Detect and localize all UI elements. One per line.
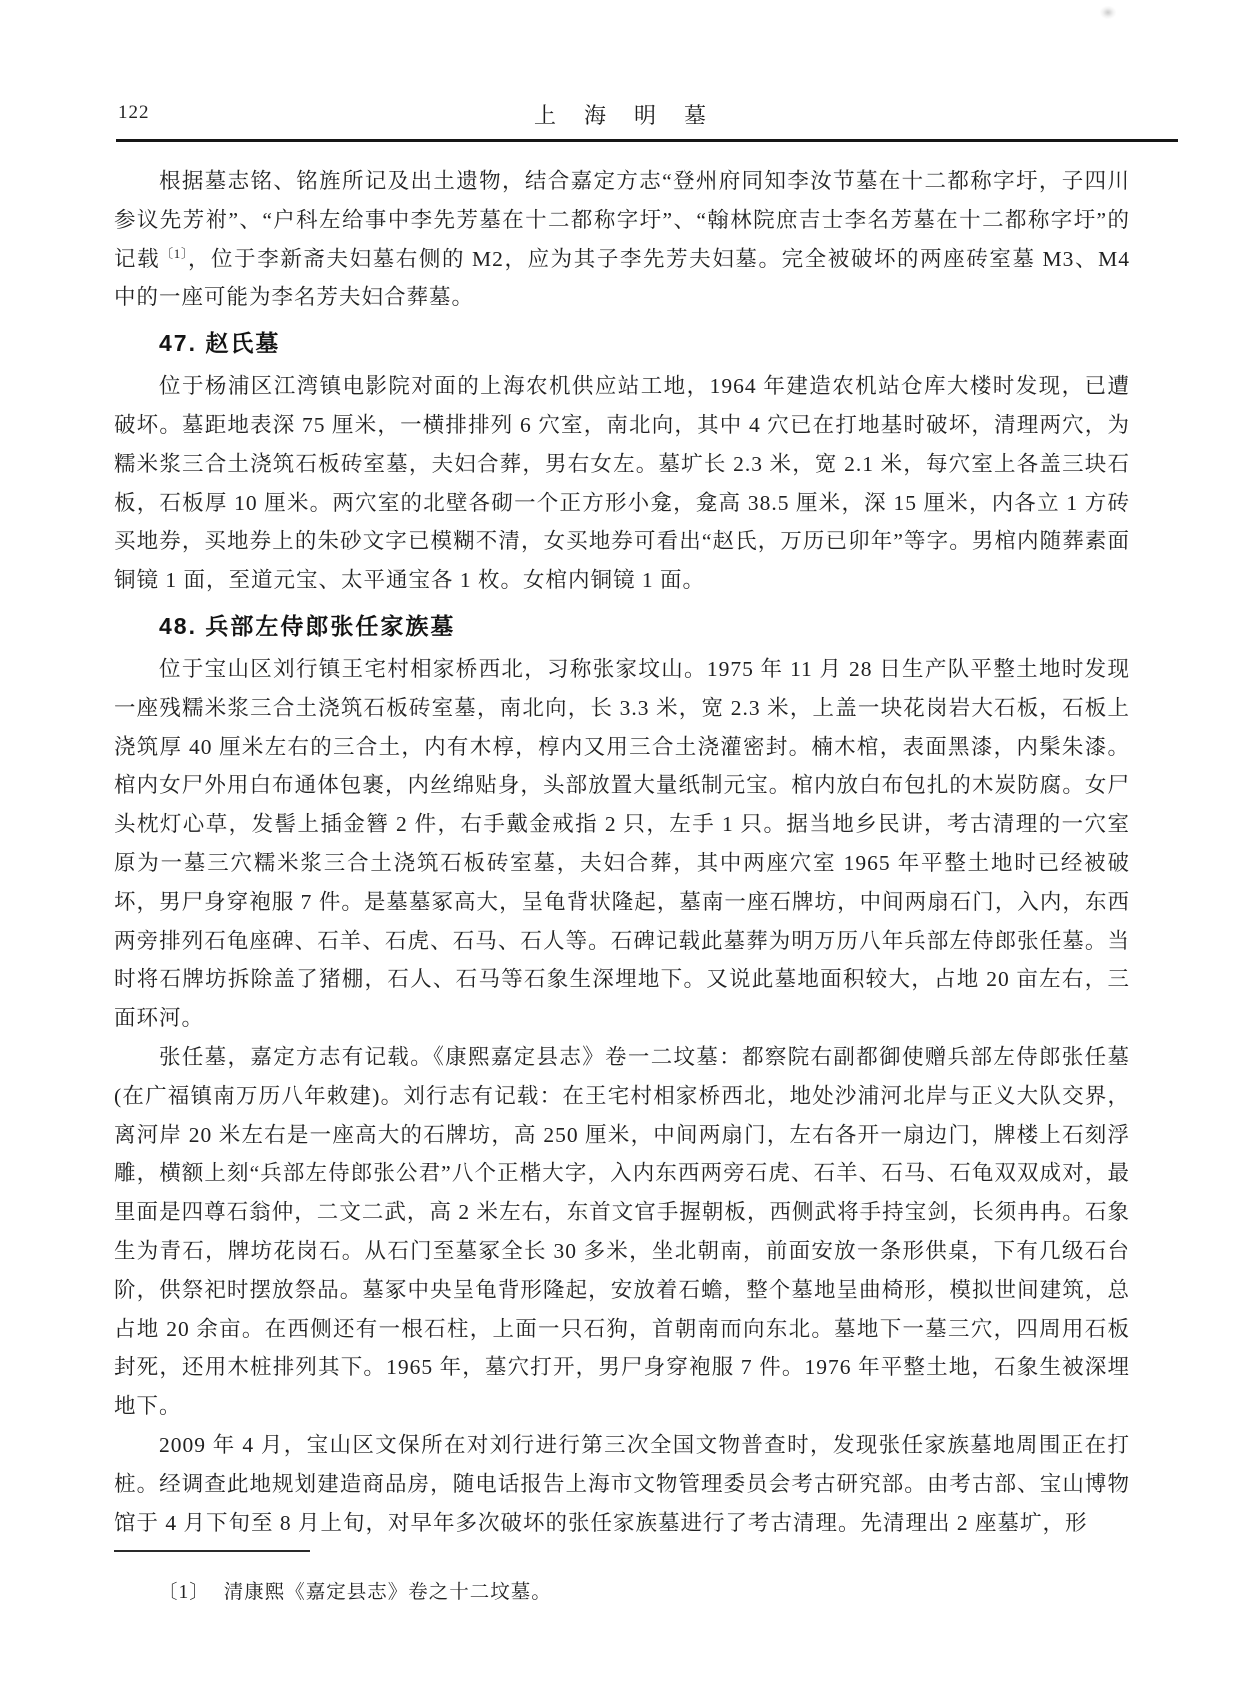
document-page: 122 上海明墓 根据墓志铭、铭旌所记及出土遗物，结合嘉定方志“登州府同知李汝节… — [0, 0, 1240, 1694]
section-48-heading: 48. 兵部左侍郎张任家族墓 — [114, 610, 1130, 642]
footnote-rule — [114, 1550, 310, 1552]
scan-smudge-artifact — [1100, 6, 1116, 19]
body-text: 根据墓志铭、铭旌所记及出土遗物，结合嘉定方志“登州府同知李汝节墓在十二都称字圩，… — [114, 162, 1130, 1542]
section-48-paragraph-3: 2009 年 4 月，宝山区文保所在对刘行进行第三次全国文物普查时，发现张任家族… — [114, 1426, 1130, 1542]
footnote: 〔1〕清康熙《嘉定县志》卷之十二坟墓。 — [114, 1578, 1130, 1608]
footnote-reference-mark: 〔1〕 — [160, 245, 188, 260]
footnote-text: 清康熙《嘉定县志》卷之十二坟墓。 — [224, 1582, 552, 1603]
footnote-marker: 〔1〕 — [158, 1582, 210, 1603]
section-47-paragraph: 位于杨浦区江湾镇电影院对面的上海农机供应站工地，1964 年建造农机站仓库大楼时… — [114, 367, 1130, 600]
intro-text-part2: ，位于李新斋夫妇墓右侧的 M2，应为其子李先芳夫妇墓。完全被破坏的两座砖室墓 M… — [114, 247, 1130, 310]
section-47-heading: 47. 赵氏墓 — [114, 327, 1130, 359]
section-48-paragraph-2: 张任墓，嘉定方志有记载。《康熙嘉定县志》卷一二坟墓：都察院右副都御使赠兵部左侍郎… — [114, 1038, 1130, 1426]
header-rule — [116, 139, 1178, 142]
footnote-area: 〔1〕清康熙《嘉定县志》卷之十二坟墓。 — [114, 1550, 1130, 1608]
section-48-paragraph-1: 位于宝山区刘行镇王宅村相家桥西北，习称张家坟山。1975 年 11 月 28 日… — [114, 650, 1130, 1038]
page-header-title: 上海明墓 — [0, 99, 1240, 130]
intro-paragraph: 根据墓志铭、铭旌所记及出土遗物，结合嘉定方志“登州府同知李汝节墓在十二都称字圩，… — [114, 162, 1130, 317]
